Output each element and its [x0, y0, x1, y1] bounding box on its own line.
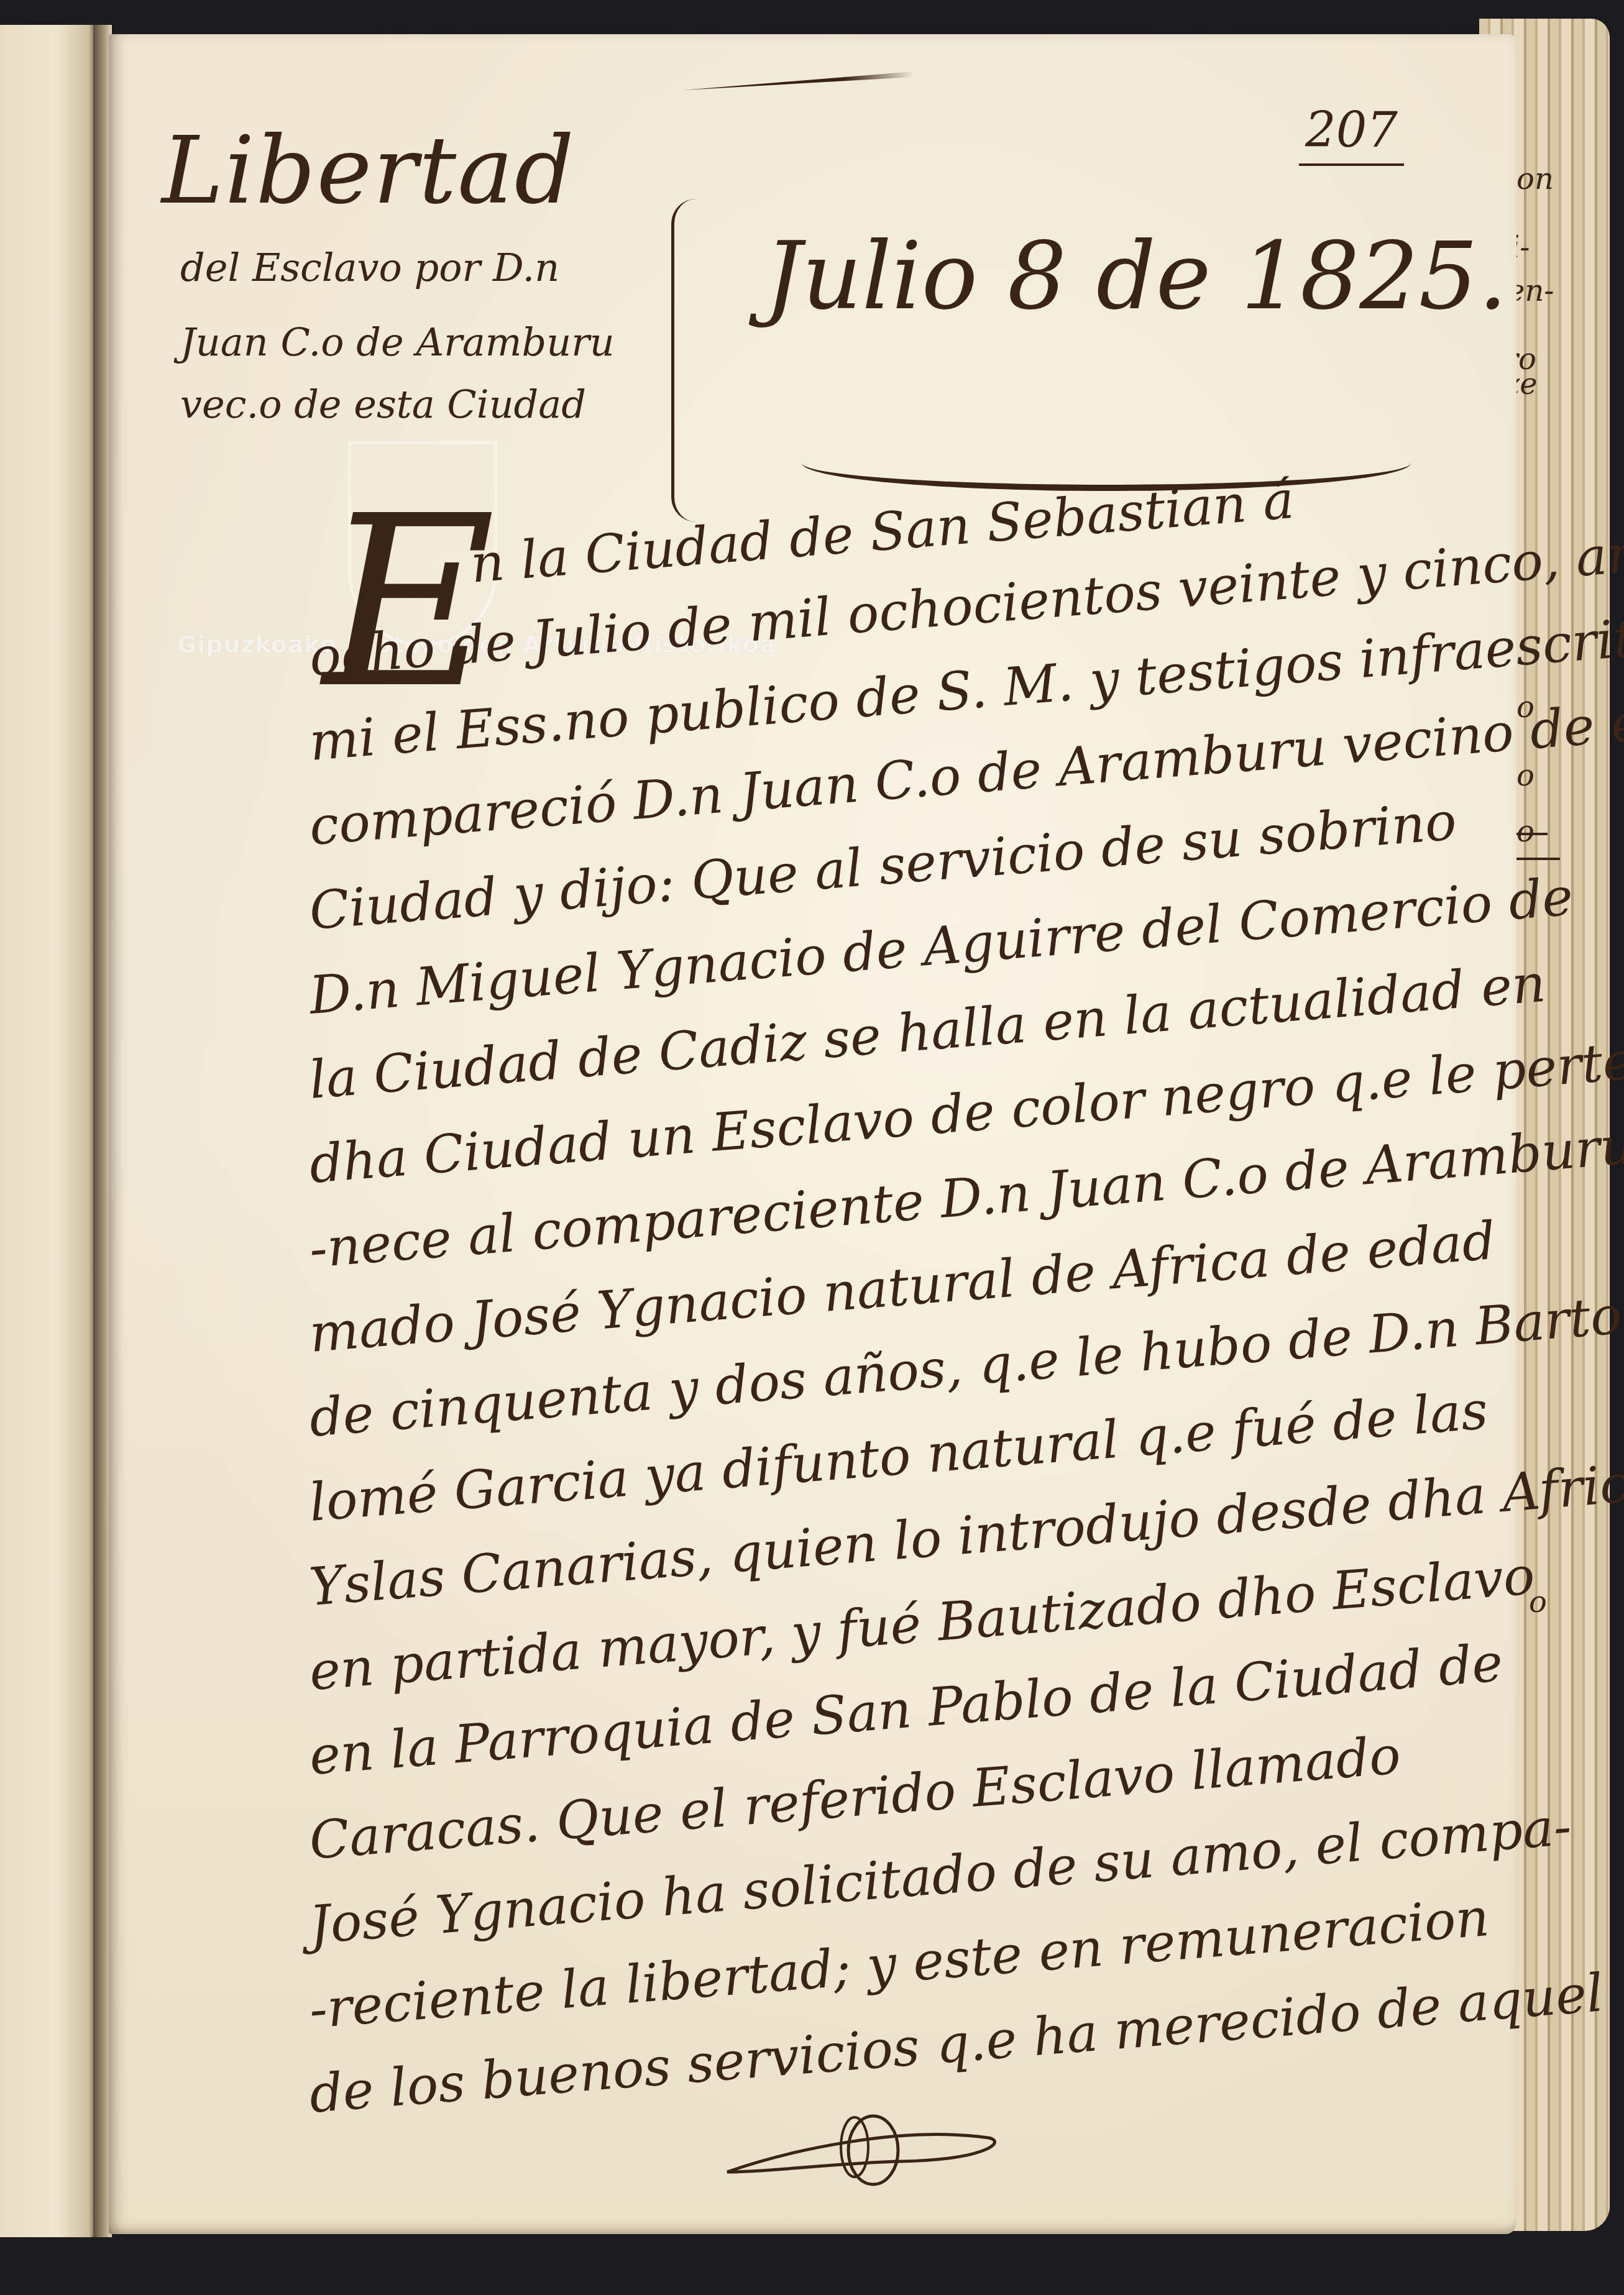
margin-note-line: vec.o de esta Ciudad — [180, 385, 586, 424]
signature-rubric-icon — [715, 2113, 1013, 2187]
edge-fragment: o — [1516, 758, 1535, 793]
edge-fragment: on — [1516, 162, 1554, 196]
document-date: Julio 8 de 1825. — [764, 230, 1508, 323]
curly-brace — [671, 199, 699, 522]
margin-note-line: del Esclavo por D.n — [180, 249, 559, 287]
body-text: n la Ciudad de San Sebastian á ocho de J… — [360, 547, 1479, 2153]
folio-number: 207 — [1299, 103, 1404, 166]
margin-note-line: Juan C.o de Aramburu — [180, 323, 615, 362]
margin-title: Libertad — [162, 124, 576, 218]
facing-left-page — [0, 25, 96, 2237]
edge-fragment: o — [1516, 814, 1535, 849]
